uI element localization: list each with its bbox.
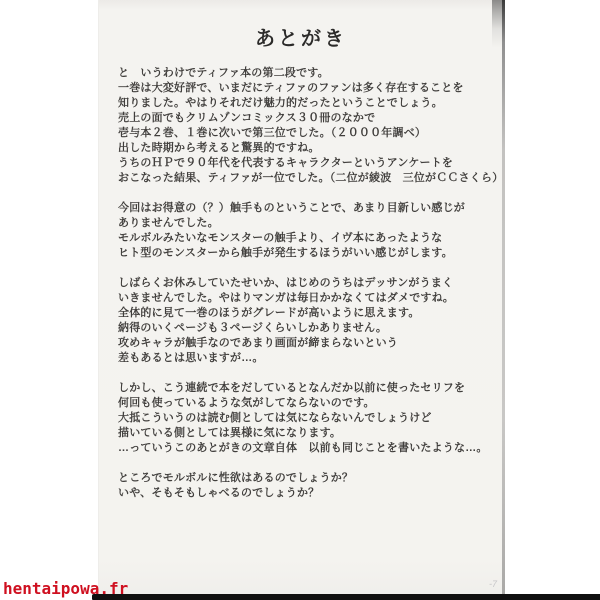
body-text-line: 大抵こういうのは読む側としては気にならないんでしょうけど <box>118 411 490 426</box>
body-text-line: しばらくお休みしていたせいか、はじめのうちはデッサンがうまく <box>118 276 490 291</box>
body-text-line: 壱与本２巻、１巻に次いで第三位でした。（２０００年調べ） <box>118 126 490 141</box>
body-text-line <box>118 366 490 381</box>
body-text-line: モルボルみたいなモンスターの触手より、イヴ本にあったような <box>118 231 490 246</box>
body-text-line: ありませんでした。 <box>118 216 490 231</box>
watermark-text: hentaipowa.fr <box>3 579 128 598</box>
body-text-line: おこなった結果、ティファが一位でした。（二位が綾波 三位がＣＣさくら） <box>118 171 490 186</box>
body-text-line <box>118 186 490 201</box>
body-text-line: 全体的に見て一巻のほうがグレードが高いように思えます。 <box>118 306 490 321</box>
afterword-body: と いうわけでティファ本の第二段です。一巻は大変好評で、いまだにティファのファン… <box>118 66 490 501</box>
body-text-line: 知りました。やはりそれだけ魅力的だったということでしょう。 <box>118 96 490 111</box>
body-text-line: ヒト型のモンスターから触手が発生するほうがいい感じがします。 <box>118 246 490 261</box>
body-text-line: しかし、こう連続で本をだしているとなんだか以前に使ったセリフを <box>118 381 490 396</box>
scan-page: あとがき と いうわけでティファ本の第二段です。一巻は大変好評で、いまだにティフ… <box>98 0 504 600</box>
body-text-line: と いうわけでティファ本の第二段です。 <box>118 66 490 81</box>
body-text-line <box>118 261 490 276</box>
body-text-line: ところでモルボルに性欲はあるのでしょうか？ <box>118 471 490 486</box>
bottom-scan-bar <box>92 594 600 600</box>
body-text-line: 一巻は大変好評で、いまだにティファのファンは多く存在することを <box>118 81 490 96</box>
body-text-line <box>118 456 490 471</box>
body-text-line: うちのＨＰで９０年代を代表するキャラクターというアンケートを <box>118 156 490 171</box>
body-text-line: 攻めキャラが触手なのであまり画面が締まらないという <box>118 336 490 351</box>
body-text-line: …っていうこのあとがきの文章自体 以前も同じことを書いたような…。 <box>118 441 490 456</box>
body-text-line: 売上の面でもクリムゾンコミックス３０冊のなかで <box>118 111 490 126</box>
body-text-line: いや、そもそもしゃべるのでしょうか？ <box>118 486 490 501</box>
afterword-title: あとがき <box>98 0 504 51</box>
body-text-line: 何回も使っているような気がしてならないのです。 <box>118 396 490 411</box>
page-number: -7 <box>489 579 497 589</box>
body-text-line: 今回はお得意の（？）触手ものということで、あまり目新しい感じが <box>118 201 490 216</box>
page-edge-line <box>502 0 505 600</box>
body-text-line: 描いている側としては異様に気になります。 <box>118 426 490 441</box>
body-text-line: 差もあるとは思いますが…。 <box>118 351 490 366</box>
body-text-line: 出した時期から考えると驚異的ですね。 <box>118 141 490 156</box>
body-text-line: 納得のいくページも３ページくらいしかありません。 <box>118 321 490 336</box>
scanned-afterword-screenshot: { "page": { "title": "あとがき", "body_lines… <box>0 0 600 600</box>
body-text-line: いきませんでした。やはりマンガは毎日かかなくてはダメですね。 <box>118 291 490 306</box>
